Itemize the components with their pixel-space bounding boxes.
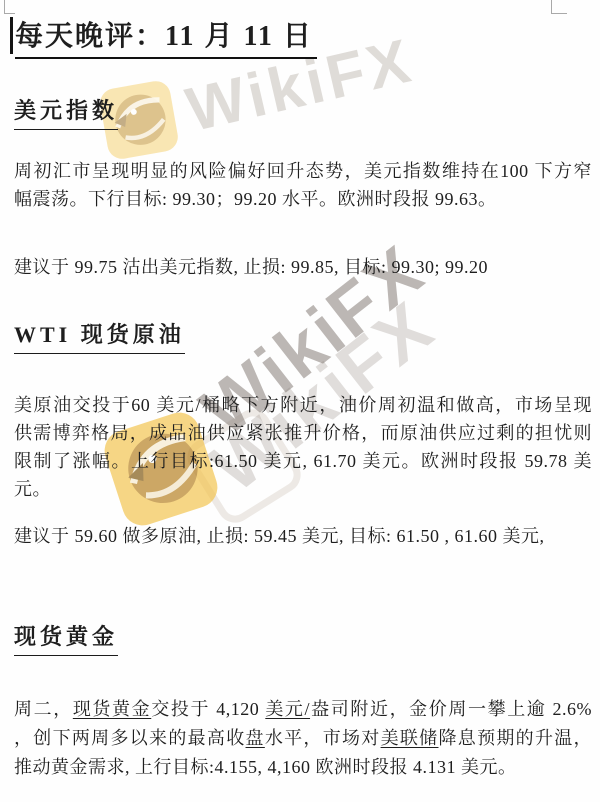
text-segment: ，创下两周多以来的最高收 <box>14 728 246 748</box>
text-segment: 供需博弈格局，成品油供应紧张推升价格，而原油供应过剩的担忧则 <box>14 423 592 443</box>
text-line: ，创下两周多以来的最高收盘水平，市场对美联储降息预期的升温， <box>14 724 592 753</box>
document-content: 每天晚评：11 月 11 日 美元指数 周初汇市呈现明显的风险偏好回升态势，美元… <box>0 0 600 802</box>
usd-index-recommendation: 建议于 99.75 沽出美元指数, 止损: 99.85, 目标: 99.30; … <box>14 253 592 279</box>
text-line: 供需博弈格局，成品油供应紧张推升价格，而原油供应过剩的担忧则 <box>14 419 592 447</box>
text-line: 周初汇市呈现明显的风险偏好回升态势，美元指数维持在100 下方窄 <box>14 157 592 185</box>
text-segment: 降息预期的升温， <box>438 728 592 748</box>
underlined-term: 盘 <box>246 728 265 748</box>
text-segment: 美原油交投于60 美元/桶略下方附近，油价周初温和做高，市场呈现 <box>14 395 592 415</box>
text-segment: 幅震荡。下行目标: 99.30；99.20 水平。欧洲时段报 99.63。 <box>14 189 497 209</box>
text-segment: 周初汇市呈现明显的风险偏好回升态势，美元指数维持在100 下方窄 <box>14 161 592 181</box>
text-segment: 水平，市场对 <box>265 728 381 748</box>
spot-gold-paragraph: 周二，现货黄金交投于 4,120 美元/盎司附近，金价周一攀上逾 2.6%，创下… <box>14 695 592 782</box>
section-heading-wti-crude: WTI 现货原油 <box>14 318 185 354</box>
document-page: WikiFX WikiFX WikiFX 每天晚评：11 月 11 日 美元指数… <box>0 0 600 802</box>
text-segment: 盎司附近，金价周一攀上逾 2.6% <box>310 699 592 719</box>
section-heading-usd-index: 美元指数 <box>14 94 118 130</box>
wti-crude-paragraph: 美原油交投于60 美元/桶略下方附近，油价周初温和做高，市场呈现供需博弈格局，成… <box>14 391 592 503</box>
section-heading-spot-gold: 现货黄金 <box>14 620 118 656</box>
text-line: 限制了涨幅。上行目标:61.50 美元, 61.70 美元。欧洲时段报 59.7… <box>14 447 592 503</box>
page-title: 每天晚评：11 月 11 日 <box>15 14 317 59</box>
wti-crude-recommendation: 建议于 59.60 做多原油, 止损: 59.45 美元, 目标: 61.50 … <box>14 522 592 548</box>
text-segment: 周二， <box>14 699 73 719</box>
text-line: 幅震荡。下行目标: 99.30；99.20 水平。欧洲时段报 99.63。 <box>14 185 592 213</box>
underlined-term: 美元/ <box>265 699 310 719</box>
underlined-term: 现货黄金 <box>73 699 151 719</box>
text-line: 美原油交投于60 美元/桶略下方附近，油价周初温和做高，市场呈现 <box>14 391 592 419</box>
underlined-term: 美联储 <box>381 728 439 748</box>
text-segment: 限制了涨幅。上行目标:61.50 美元, 61.70 美元。欧洲时段报 59.7… <box>14 451 592 499</box>
text-segment: 交投于 4,120 <box>151 699 265 719</box>
text-line: 推动黄金需求, 上行目标:4.155, 4,160 欧洲时段报 4.131 美元… <box>14 753 592 782</box>
usd-index-paragraph: 周初汇市呈现明显的风险偏好回升态势，美元指数维持在100 下方窄幅震荡。下行目标… <box>14 157 592 213</box>
text-cursor-bar[interactable] <box>10 17 13 54</box>
text-line: 周二，现货黄金交投于 4,120 美元/盎司附近，金价周一攀上逾 2.6% <box>14 695 592 724</box>
text-segment: 推动黄金需求, 上行目标:4.155, 4,160 欧洲时段报 4.131 美元… <box>14 757 517 777</box>
